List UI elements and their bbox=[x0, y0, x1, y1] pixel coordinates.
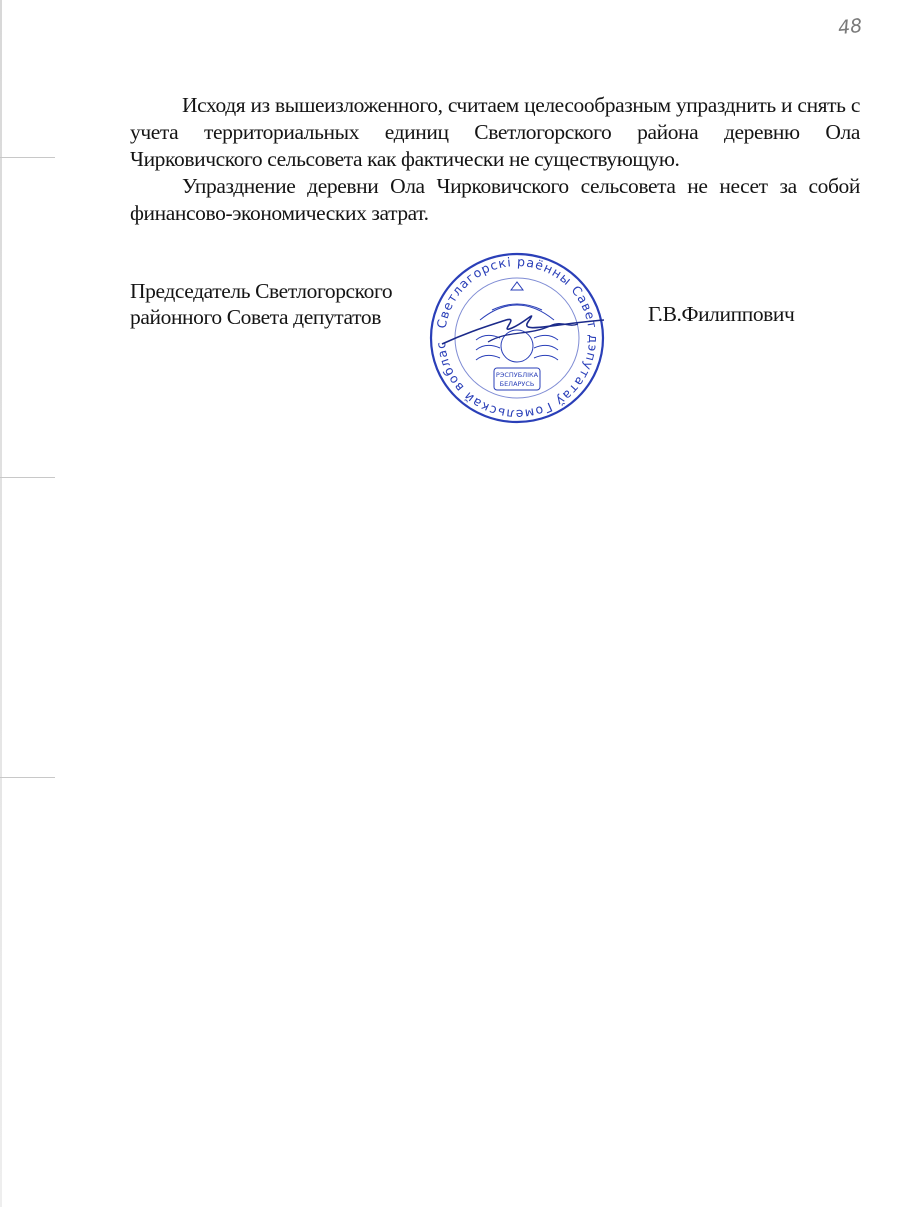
punch-mark bbox=[0, 477, 55, 478]
paragraph-2: Упразднение деревни Ола Чирковичского се… bbox=[130, 173, 860, 227]
handwritten-signature bbox=[442, 316, 604, 344]
signatory-title-line1: Председатель Светлогорского bbox=[130, 278, 392, 304]
paragraph-1: Исходя из вышеизложенного, считаем целес… bbox=[130, 92, 860, 173]
svg-text:БЕЛАРУСЬ: БЕЛАРУСЬ bbox=[500, 380, 535, 388]
signatory-title: Председатель Светлогорского районного Со… bbox=[130, 278, 392, 330]
svg-text:РЭСПУБЛІКА: РЭСПУБЛІКА bbox=[496, 371, 539, 379]
scan-edge bbox=[0, 0, 2, 1207]
punch-mark bbox=[0, 157, 55, 158]
punch-mark bbox=[0, 777, 55, 778]
signatory-name: Г.В.Филиппович bbox=[648, 302, 794, 327]
stamp-seal-icon: Светлагорскі раённы Савет дэпутатаў Гоме… bbox=[428, 250, 606, 426]
document-body: Исходя из вышеизложенного, считаем целес… bbox=[130, 92, 860, 227]
page-number: 48 bbox=[837, 15, 863, 39]
signatory-title-line2: районного Совета депутатов bbox=[130, 304, 392, 330]
official-stamp: Светлагорскі раённы Савет дэпутатаў Гоме… bbox=[428, 250, 606, 426]
